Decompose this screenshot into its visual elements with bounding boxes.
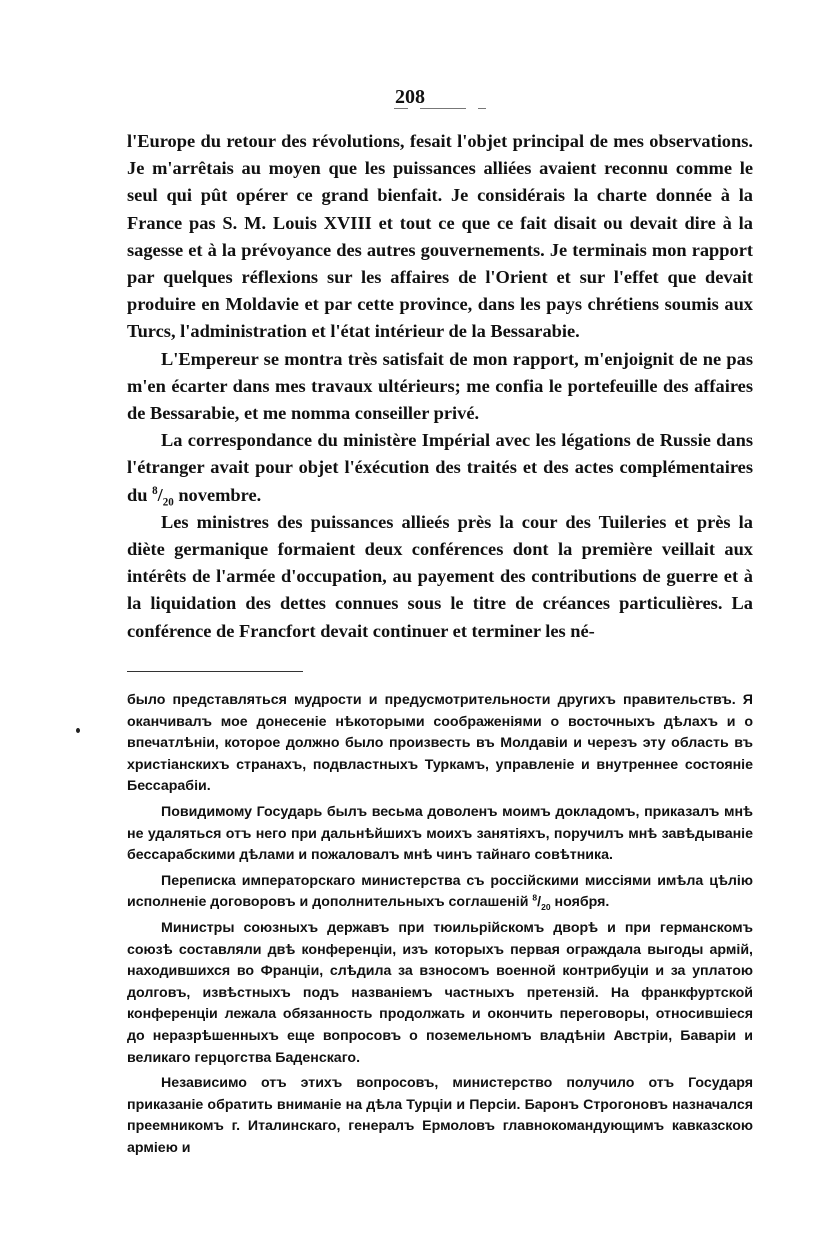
page-number-underline <box>394 108 486 110</box>
footnote-paragraph-2: Повидимому Государь былъ весьма доволенъ… <box>127 802 753 867</box>
paragraph-emperor: L'Empereur se montra très satisfait de m… <box>127 346 753 428</box>
main-text-french: l'Europe du retour des révolutions, fesa… <box>127 128 753 645</box>
page-number: 208 <box>0 86 820 109</box>
paragraph-continuation: l'Europe du retour des révolutions, fesa… <box>127 128 753 346</box>
footnote-text-russian: было представляться мудрости и предусмот… <box>127 690 753 1159</box>
footnote-paragraph-1: было представляться мудрости и предусмот… <box>127 690 753 798</box>
paragraph-correspondance: La correspondance du ministère Impérial … <box>127 427 753 509</box>
footnote-paragraph-5: Независимо отъ этихъ вопросовъ, министер… <box>127 1073 753 1159</box>
margin-dot <box>76 728 80 733</box>
footnote-paragraph-3: Переписка императорскаго министерства съ… <box>127 871 753 914</box>
footnote-paragraph-4: Министры союзныхъ державъ при тюильрійск… <box>127 918 753 1069</box>
footnote-separator <box>127 671 303 672</box>
paragraph-ministres: Les ministres des puissances allieés prè… <box>127 509 753 645</box>
